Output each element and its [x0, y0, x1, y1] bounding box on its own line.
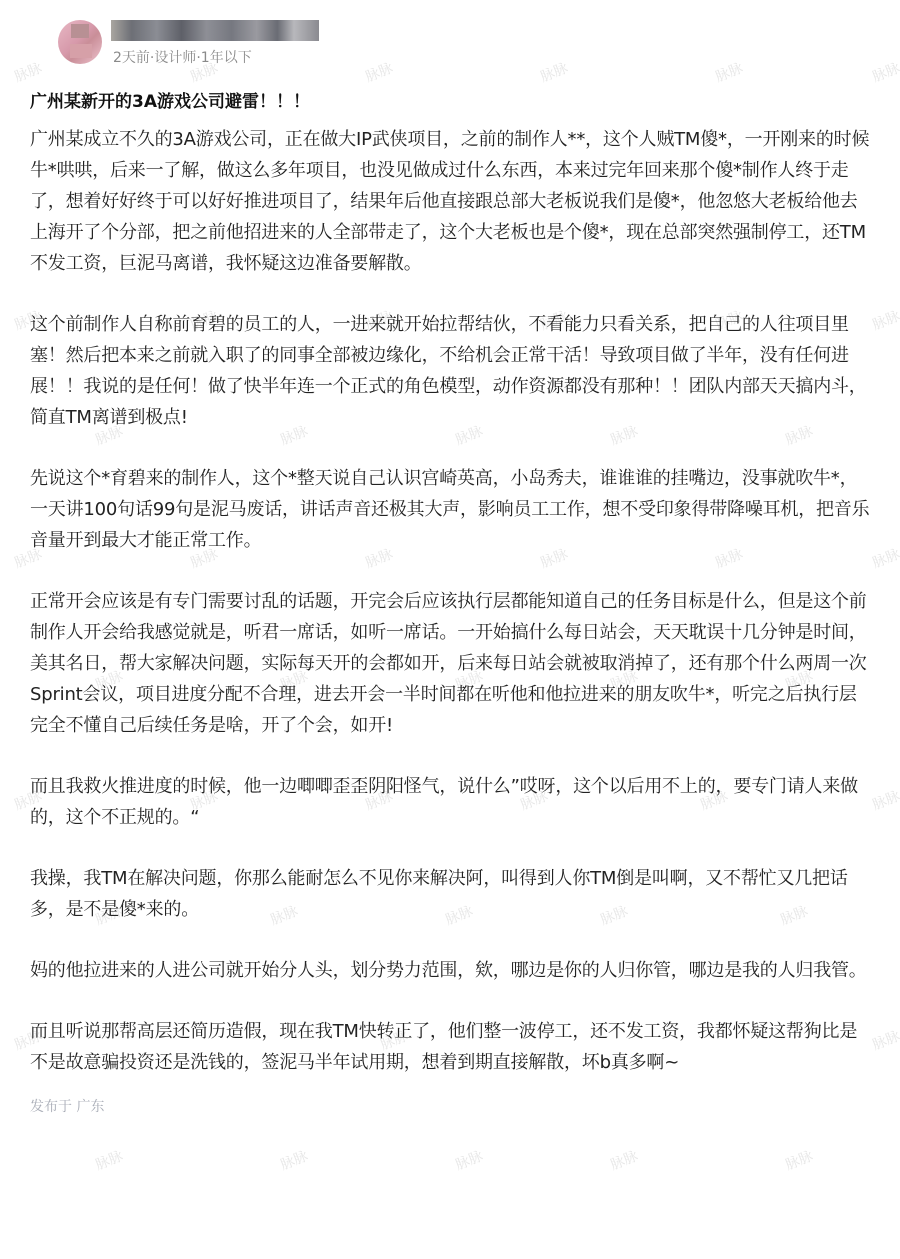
paragraph: 而且我救火推进度的时候，他一边唧唧歪歪阴阳怪气，说什么”哎呀，这个以后用不上的，… [28, 771, 872, 833]
post-location: 发布于 广东 [28, 1096, 872, 1116]
paragraph: 我操，我TM在解决问题，你那么能耐怎么不见你来解决阿，叫得到人你TM倒是叫啊，又… [28, 863, 872, 925]
watermark: 脉脉 [607, 1145, 640, 1174]
paragraph: 妈的他拉进来的人进公司就开始分人头，划分势力范围，欸，哪边是你的人归你管，哪边是… [28, 955, 872, 986]
post-body: 广州某成立不久的3A游戏公司，正在做大IP武侠项目，之前的制作人**，这个人贼T… [28, 124, 872, 1078]
paragraph: 广州某成立不久的3A游戏公司，正在做大IP武侠项目，之前的制作人**，这个人贼T… [28, 124, 872, 279]
watermark: 脉脉 [277, 1145, 310, 1174]
post-header: 2天前·设计师·1年以下 [28, 0, 872, 78]
post-title: 广州某新开的3A游戏公司避雷！！！ [28, 90, 872, 114]
paragraph: 先说这个*育碧来的制作人，这个*整天说自己认识宫崎英高，小岛秀夫，谁谁谁的挂嘴边… [28, 463, 872, 556]
watermark: 脉脉 [92, 1145, 125, 1174]
paragraph: 而且听说那帮高层还简历造假，现在我TM快转正了，他们整一波停工，还不发工资，我都… [28, 1016, 872, 1078]
avatar[interactable] [58, 20, 102, 64]
post-card: 2天前·设计师·1年以下 广州某新开的3A游戏公司避雷！！！ 广州某成立不久的3… [0, 0, 900, 1116]
watermark: 脉脉 [452, 1145, 485, 1174]
paragraph: 正常开会应该是有专门需要讨乱的话题，开完会后应该执行层都能知道自己的任务目标是什… [28, 586, 872, 741]
author-meta: 2天前·设计师·1年以下 [113, 47, 252, 67]
author-name-blurred[interactable] [111, 20, 319, 41]
paragraph: 这个前制作人自称前育碧的员工的人，一进来就开始拉帮结伙，不看能力只看关系，把自己… [28, 309, 872, 433]
watermark: 脉脉 [782, 1145, 815, 1174]
